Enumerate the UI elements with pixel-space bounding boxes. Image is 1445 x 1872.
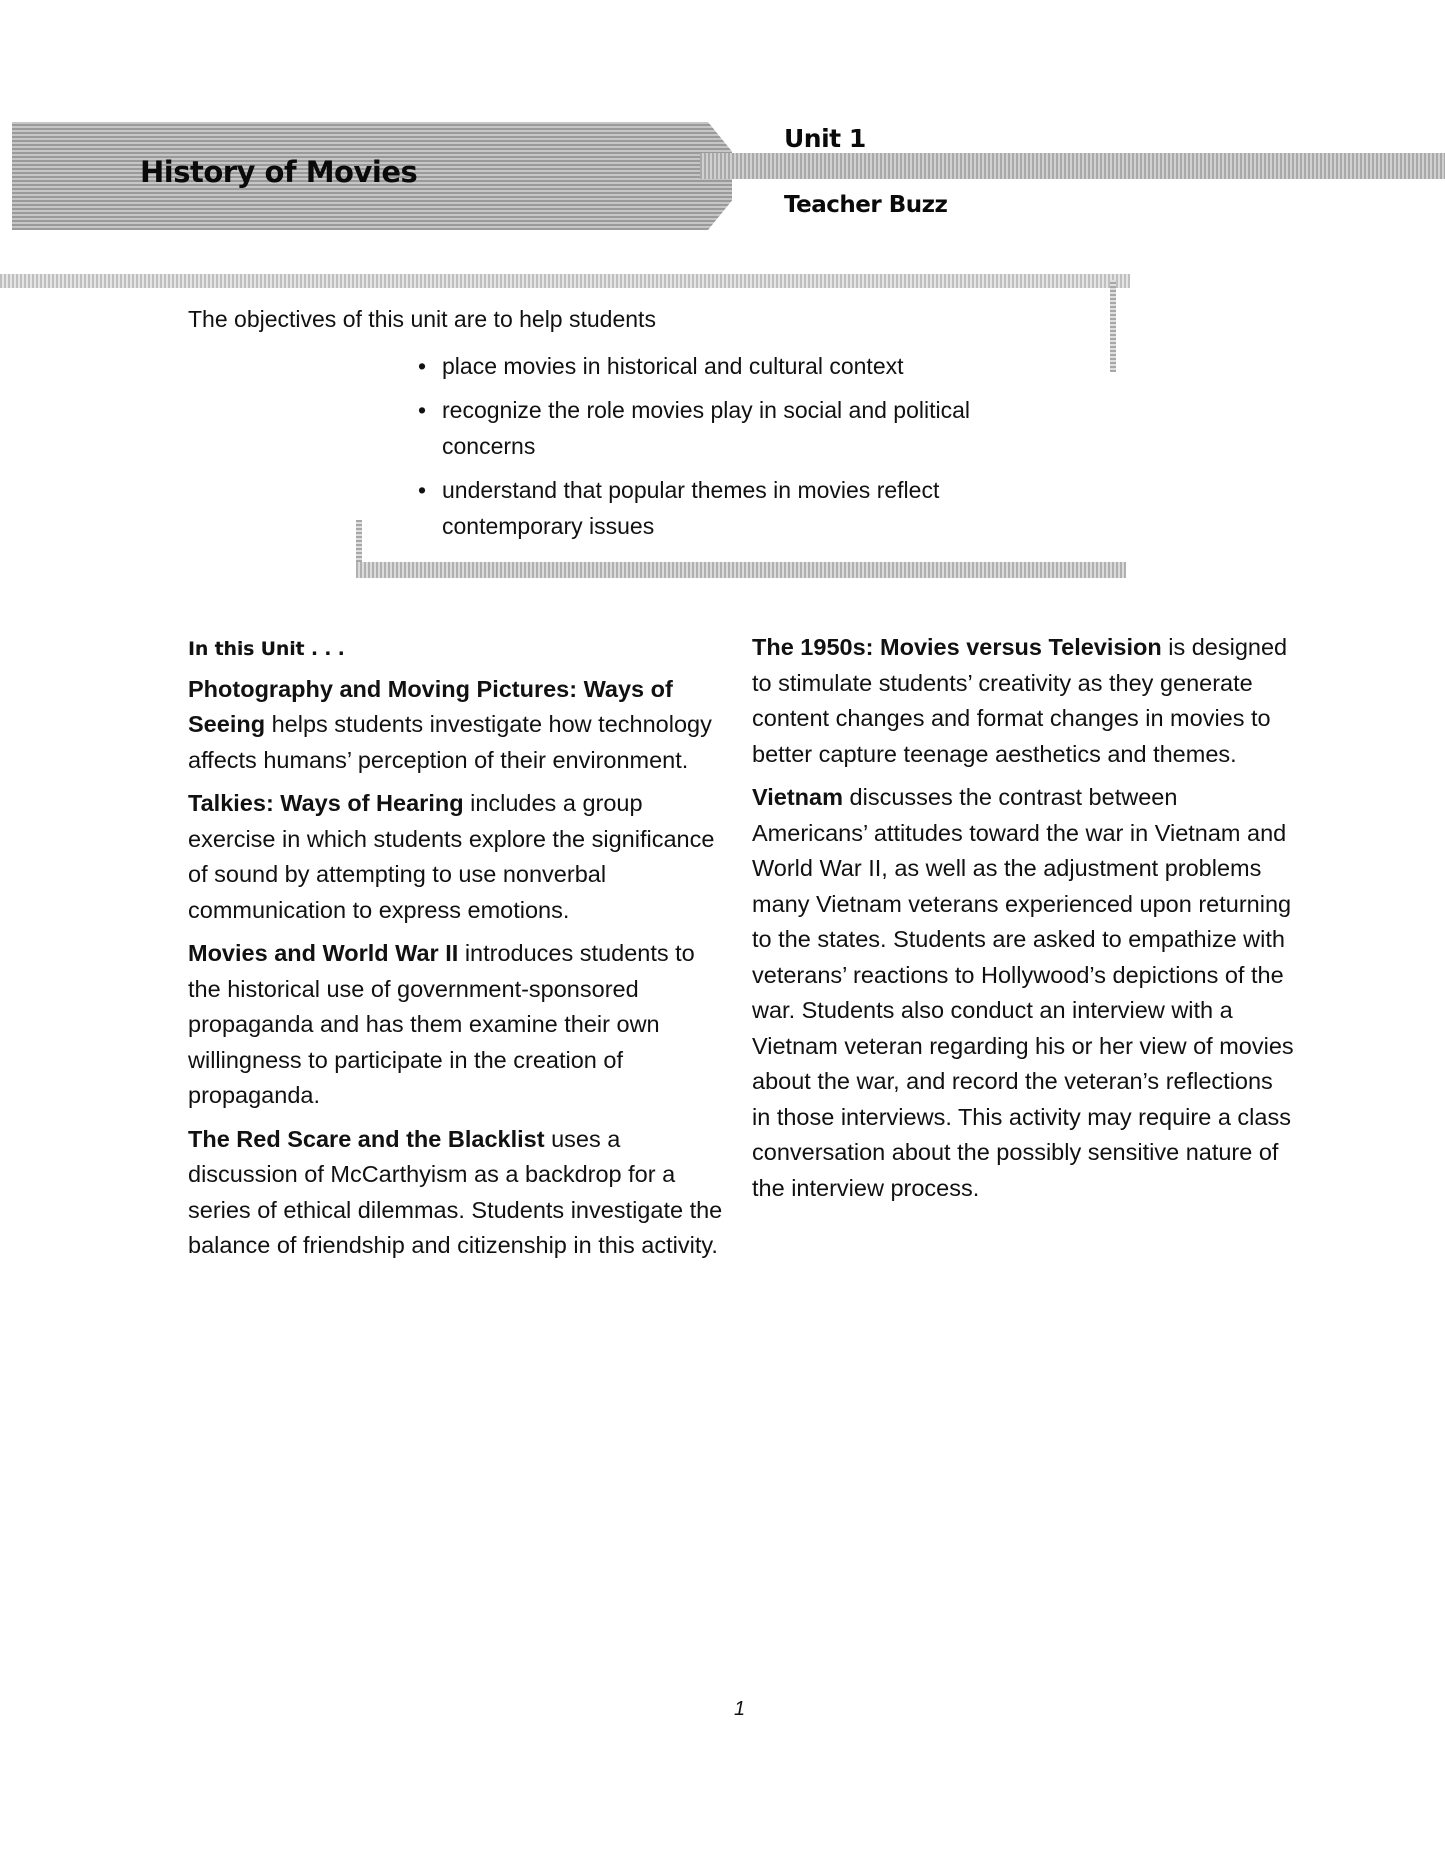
page-title: History of Movies xyxy=(140,155,417,189)
unit-label: Unit 1 xyxy=(784,124,866,153)
objective-item: • recognize the role movies play in soci… xyxy=(412,392,1032,464)
bullet-icon: • xyxy=(418,472,426,508)
unit-entry: The Red Scare and the Blacklist uses a d… xyxy=(188,1122,728,1264)
entry-text: discusses the contrast between Americans… xyxy=(752,784,1294,1201)
objectives-intro: The objectives of this unit are to help … xyxy=(188,306,656,333)
objectives-border-right xyxy=(1110,280,1116,372)
entry-title: Movies and World War II xyxy=(188,940,458,966)
unit-entry: Talkies: Ways of Hearing includes a grou… xyxy=(188,786,728,928)
entry-text: helps students investigate how technolog… xyxy=(188,711,712,773)
objectives-border-top xyxy=(0,274,1130,288)
objective-text: understand that popular themes in movies… xyxy=(442,477,939,539)
objective-item: • place movies in historical and cultura… xyxy=(412,348,1032,384)
entry-title: The Red Scare and the Blacklist xyxy=(188,1126,545,1152)
left-column: In this Unit . . . Photography and Movin… xyxy=(188,632,728,1272)
objective-text: place movies in historical and cultural … xyxy=(442,353,904,379)
objective-item: • understand that popular themes in movi… xyxy=(412,472,1032,544)
banner-stripe xyxy=(700,153,1445,179)
entry-title: The 1950s: Movies versus Television xyxy=(752,634,1162,660)
objective-text: recognize the role movies play in social… xyxy=(442,397,970,459)
entry-title: Vietnam xyxy=(752,784,843,810)
entry-title: Talkies: Ways of Hearing xyxy=(188,790,464,816)
unit-section-heading: In this Unit . . . xyxy=(188,632,728,668)
section-subtitle: Teacher Buzz xyxy=(784,192,947,218)
bullet-icon: • xyxy=(418,348,426,384)
right-column: The 1950s: Movies versus Television is d… xyxy=(752,630,1297,1214)
unit-entry: Movies and World War II introduces stude… xyxy=(188,936,728,1114)
unit-entry: The 1950s: Movies versus Television is d… xyxy=(752,630,1297,772)
objectives-border-bottom xyxy=(356,562,1126,578)
objectives-list: • place movies in historical and cultura… xyxy=(412,348,1032,552)
unit-entry: Photography and Moving Pictures: Ways of… xyxy=(188,672,728,779)
page-number: 1 xyxy=(734,1698,745,1721)
bullet-icon: • xyxy=(418,392,426,428)
unit-entry: Vietnam discusses the contrast between A… xyxy=(752,780,1297,1206)
